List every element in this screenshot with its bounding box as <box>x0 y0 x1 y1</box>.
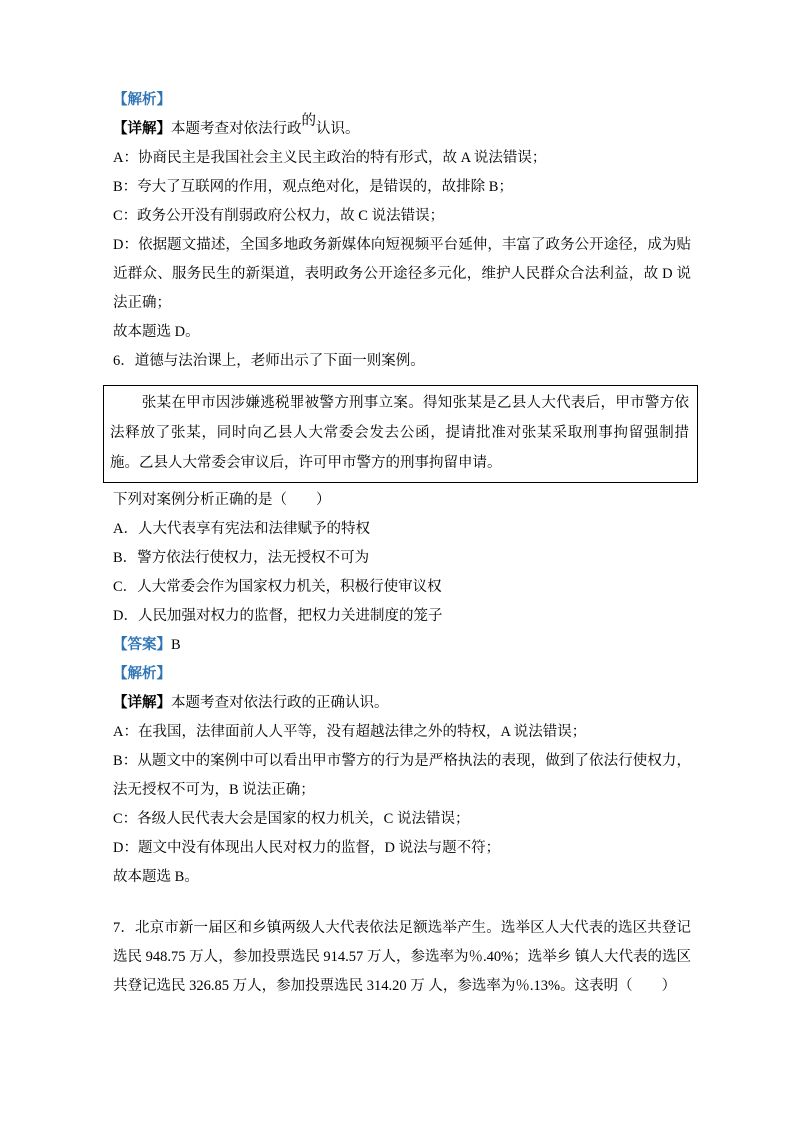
analysis-point-c-q6: C：各级人民代表大会是国家的权力机关，C 说法错误； <box>113 805 691 834</box>
analysis-label: 【解析】 <box>113 92 171 108</box>
question6-stem: 下列对案例分析正确的是（ ） <box>113 486 691 515</box>
question6-option-c: C．人大常委会作为国家权力机关，积极行使审议权 <box>113 573 691 602</box>
detail-text-before: 本题考查对依法行政 <box>171 121 302 137</box>
document-page: 【解析】 【详解】本题考查对依法行政的认识。 A：协商民主是我国社会主义民主政治… <box>0 0 794 1123</box>
detail-text: 本题考查对依法行政的正确认识。 <box>171 695 389 711</box>
case-box: 张某在甲市因涉嫌逃税罪被警方刑事立案。得知张某是乙县人大代表后，甲市警方依法释放… <box>103 385 698 483</box>
analysis-point-b-q5: B：夸大了互联网的作用，观点绝对化，是错误的，故排除 B； <box>113 173 691 202</box>
analysis-point-b-q6: B：从题文中的案例中可以看出甲市警方的行为是严格执法的表现，做到了依法行使权力，… <box>113 747 691 805</box>
answer-value: B <box>171 637 181 653</box>
analysis-point-a-q5: A：协商民主是我国社会主义民主政治的特有形式，故 A 说法错误； <box>113 144 691 173</box>
analysis-label: 【解析】 <box>113 666 171 682</box>
analysis-conclusion-q5: 故本题选 D。 <box>113 318 691 347</box>
question6-option-d: D．人民加强对权力的监督，把权力关进制度的笼子 <box>113 602 691 631</box>
detail-text-after: 认识。 <box>316 121 360 137</box>
document-content: 【解析】 【详解】本题考查对依法行政的认识。 A：协商民主是我国社会主义民主政治… <box>113 86 691 1001</box>
detail-label: 【详解】 <box>113 695 171 711</box>
analysis-point-c-q5: C：政务公开没有削弱政府公权力，故 C 说法错误； <box>113 202 691 231</box>
analysis-point-d-q5: D：依据题文描述，全国多地政务新媒体向短视频平台延伸，丰富了政务公开途径，成为贴… <box>113 231 691 318</box>
analysis-heading-q6: 【解析】 <box>113 660 691 689</box>
answer-label: 【答案】 <box>113 637 171 653</box>
analysis-point-a-q6: A：在我国，法律面前人人平等，没有超越法律之外的特权，A 说法错误； <box>113 718 691 747</box>
question7-text: 7．北京市新一届区和乡镇两级人大代表依法足额选举产生。选举区人大代表的选区共登记… <box>113 914 691 1001</box>
case-text: 张某在甲市因涉嫌逃税罪被警方刑事立案。得知张某是乙县人大代表后，甲市警方依法释放… <box>110 388 689 478</box>
analysis-point-d-q6: D：题文中没有体现出人民对权力的监督，D 说法与题不符； <box>113 834 691 863</box>
answer-line-q6: 【答案】B <box>113 631 691 660</box>
detail-superscript: 的 <box>302 113 317 129</box>
question6-intro: 6．道德与法治课上，老师出示了下面一则案例。 <box>113 347 691 376</box>
detail-paragraph-q5: 【详解】本题考查对依法行政的认识。 <box>113 115 691 144</box>
analysis-conclusion-q6: 故本题选 B。 <box>113 863 691 892</box>
question6-option-a: A．人大代表享有宪法和法律赋予的特权 <box>113 515 691 544</box>
detail-paragraph-q6: 【详解】本题考查对依法行政的正确认识。 <box>113 689 691 718</box>
analysis-heading-q5: 【解析】 <box>113 86 691 115</box>
question6-option-b: B．警方依法行使权力，法无授权不可为 <box>113 544 691 573</box>
detail-label: 【详解】 <box>113 121 171 137</box>
